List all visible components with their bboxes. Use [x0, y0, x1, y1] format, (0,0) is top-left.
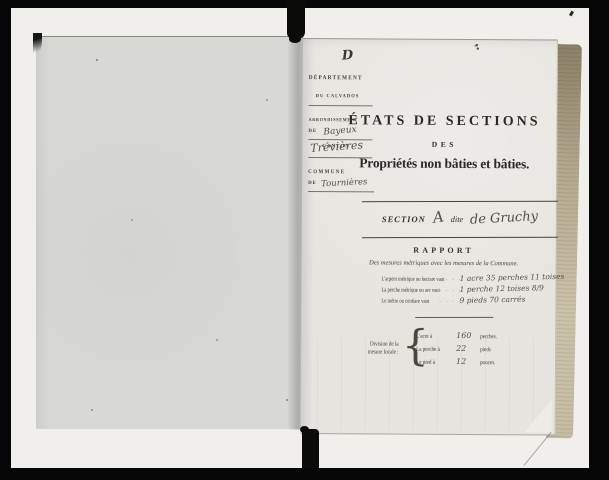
divider-rule	[415, 317, 493, 318]
ink-mark	[476, 44, 479, 47]
division-handwritten-value: 160	[456, 331, 471, 340]
metric-label: L'arpent métrique ou hectare vaut	[382, 276, 445, 282]
division-unit: pieds	[480, 347, 491, 353]
commune-handwritten-value: Tournières	[320, 177, 367, 189]
stamp-departement-section: DÉPARTEMENT DU CALVADOS	[309, 66, 373, 106]
page-subtitle: Propriétés non bâties et bâties.	[330, 155, 558, 172]
division-handwritten-value: 12	[456, 357, 466, 366]
page-title-des: DES	[330, 139, 558, 149]
de-label: DE	[308, 129, 317, 134]
handwritten-letter-d: D	[341, 48, 353, 64]
division-label: L'acre à	[416, 334, 432, 340]
metric-handwritten-value: 1 perche 12 toises 8/9	[459, 283, 543, 294]
division-row: Le pied à 12 pouces.	[416, 357, 536, 371]
rapport-subtitle: Des mesures métriques avec les mesures d…	[330, 259, 558, 267]
metric-handwritten-value: 1 acre 35 perches 11 toises	[460, 272, 565, 283]
local-measure-division: Division de la mesure locale : { L'acre …	[356, 329, 546, 330]
division-intro-label: Division de la mesure locale :	[356, 340, 399, 356]
paper-speckles	[96, 59, 98, 61]
departement-value: DU CALVADOS	[316, 94, 360, 99]
binding-strap-bottom	[302, 429, 319, 468]
section-name-handwritten: de Gruchy	[470, 209, 539, 228]
binding-strap-top	[287, 0, 305, 39]
metric-label: La perche métrique ou are vaut	[381, 287, 439, 293]
section-dite-label: dite	[451, 214, 464, 224]
departement-label: DÉPARTEMENT	[309, 75, 363, 81]
division-handwritten-value: 22	[456, 344, 466, 353]
de-label: DE	[308, 181, 317, 186]
book-scan: D DÉPARTEMENT DU CALVADOS ARRONDISSEMENT…	[0, 0, 609, 480]
page-title: ÉTATS DE SECTIONS	[330, 113, 558, 130]
division-unit: perches.	[480, 334, 497, 340]
division-label: Le pied à	[416, 360, 435, 366]
folded-corner	[525, 399, 552, 432]
section-label: SECTION	[382, 214, 426, 224]
metric-equivalence-table: L'arpent métrique ou hectare vaut . . . …	[381, 274, 551, 308]
division-label: La perche à	[416, 347, 440, 353]
division-unit: pouces.	[480, 360, 495, 366]
left-blank-page	[36, 36, 303, 429]
metric-row: Le mètre ou centiare vaut . . . . 9 pied…	[381, 296, 551, 308]
division-rows: L'acre à 160 perches. La perche à 22 pie…	[416, 331, 536, 371]
title-page: D DÉPARTEMENT DU CALVADOS ARRONDISSEMENT…	[301, 38, 558, 436]
section-letter-handwritten: A	[432, 207, 445, 226]
section-box: SECTION A dite de Gruchy	[362, 201, 558, 239]
division-row: La perche à 22 pieds	[416, 344, 536, 358]
section-line: SECTION A dite de Gruchy	[382, 208, 539, 226]
metric-handwritten-value: 9 pieds 70 carrés	[459, 295, 525, 305]
metric-label: Le mètre ou centiare vaut	[381, 298, 429, 304]
rapport-heading: RAPPORT	[330, 245, 558, 255]
division-row: L'acre à 160 perches.	[416, 331, 536, 345]
